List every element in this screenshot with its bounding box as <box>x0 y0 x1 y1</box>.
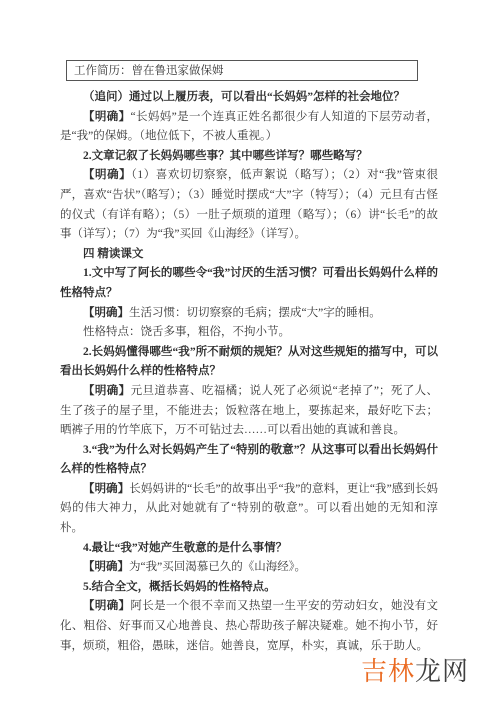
question-5-summary: 5.结合全文，概括长妈妈的性格特点。 <box>60 578 438 598</box>
paragraph-text: 4.最让“我”对她产生敬意的是什么事情？ <box>83 542 287 554</box>
answer-summary: 【明确】阿长是一个很不幸而又热望一生平安的劳动妇女，她没有文化、粗俗、好事而又心… <box>60 597 438 656</box>
answer-personality-note: 性格特点：饶舌多事，粗俗，不拘小节。 <box>60 323 438 343</box>
question-3-respect: 3.“我”为什么对长妈妈产生了“特别的敬意”？从这事可以看出长妈妈什么样的性格特… <box>60 441 438 480</box>
answer-rules: 【明确】元旦道恭喜、吃福橘；说人死了必须说“老掉了”；死了人、生了孩子的屋子里，… <box>60 382 438 441</box>
question-4-most-respect: 4.最让“我”对她产生敬意的是什么事情？ <box>60 539 438 559</box>
question-2-rules: 2.长妈妈懂得哪些“我”所不耐烦的规矩？从对这些规矩的描写中，可以看出长妈妈什么… <box>60 343 438 382</box>
answer-label: 【明确】 <box>83 111 131 123</box>
answer-label: 【明确】 <box>83 600 130 612</box>
answer-label: 【明确】 <box>83 307 129 319</box>
paragraph-text: 3.“我”为什么对长妈妈产生了“特别的敬意”？从这事可以看出长妈妈什么样的性格特… <box>60 444 438 476</box>
paragraph-text: 生活习惯：切切察察的毛病；摆成“大”字的睡相。 <box>129 307 381 319</box>
paragraph-text: 2.文章记叙了长妈妈哪些事？其中哪些详写？哪些略写？ <box>83 150 368 162</box>
answer-respect: 【明确】长妈妈讲的“长毛”的故事出乎“我”的意料，更让“我”感到长妈妈的伟大神力… <box>60 480 438 539</box>
paragraph-text: 2.长妈妈懂得哪些“我”所不耐烦的规矩？从对这些规矩的描写中，可以看出长妈妈什么… <box>60 346 438 378</box>
question-1-habits: 1.文中写了阿长的哪些令“我”讨厌的生活习惯？可看出长妈妈什么样的性格特点？ <box>60 264 438 303</box>
answer-social-status: 【明确】“长妈妈”是一个连真正姓名都很少有人知道的下层劳动者，是“我”的保姆。（… <box>60 108 438 147</box>
watermark-secondary-text: 龙网 <box>415 656 469 686</box>
paragraph-text: 为“我”买回渴慕已久的《山海经》。 <box>129 561 306 573</box>
document-body: （追问）通过以上履历表，可以看出“长妈妈”怎样的社会地位？【明确】“长妈妈”是一… <box>60 88 438 656</box>
answer-label: 【明确】 <box>83 385 131 397</box>
paragraph-text: 四 精读课文 <box>83 248 143 260</box>
answer-shanhaijing: 【明确】为“我”买回渴慕已久的《山海经》。 <box>60 558 438 578</box>
paragraph-text: 性格特点：饶舌多事，粗俗，不拘小节。 <box>83 326 290 338</box>
paragraph-text: 5.结合全文，概括长妈妈的性格特点。 <box>83 581 276 593</box>
question-2-events: 2.文章记叙了长妈妈哪些事？其中哪些详写？哪些略写？ <box>60 147 438 167</box>
document-content: 工作简历：曾在鲁迅家做保姆 （追问）通过以上履历表，可以看出“长妈妈”怎样的社会… <box>60 60 438 656</box>
answer-label: 【明确】 <box>83 561 129 573</box>
watermark-logo: 吉林龙网 <box>361 651 469 688</box>
question-followup: （追问）通过以上履历表，可以看出“长妈妈”怎样的社会地位？ <box>60 88 438 108</box>
work-resume-text: 工作简历：曾在鲁迅家做保姆 <box>74 65 224 77</box>
paragraph-text: （追问）通过以上履历表，可以看出“长妈妈”怎样的社会地位？ <box>83 91 405 103</box>
answer-habits: 【明确】生活习惯：切切察察的毛病；摆成“大”字的睡相。 <box>60 304 438 324</box>
answer-label: 【明确】 <box>83 483 129 495</box>
work-resume-box: 工作简历：曾在鲁迅家做保姆 <box>66 60 418 81</box>
heading-intensive-reading: 四 精读课文 <box>60 245 438 265</box>
paragraph-text: 1.文中写了阿长的哪些令“我”讨厌的生活习惯？可看出长妈妈什么样的性格特点？ <box>60 267 438 299</box>
watermark-primary-text: 吉林 <box>361 656 415 686</box>
answer-events-list: 【明确】（1）喜欢切切察察，低声絮说（略写）；（2）对“我”管束很严，喜欢“告状… <box>60 166 438 244</box>
answer-label: 【明确】 <box>83 169 131 181</box>
